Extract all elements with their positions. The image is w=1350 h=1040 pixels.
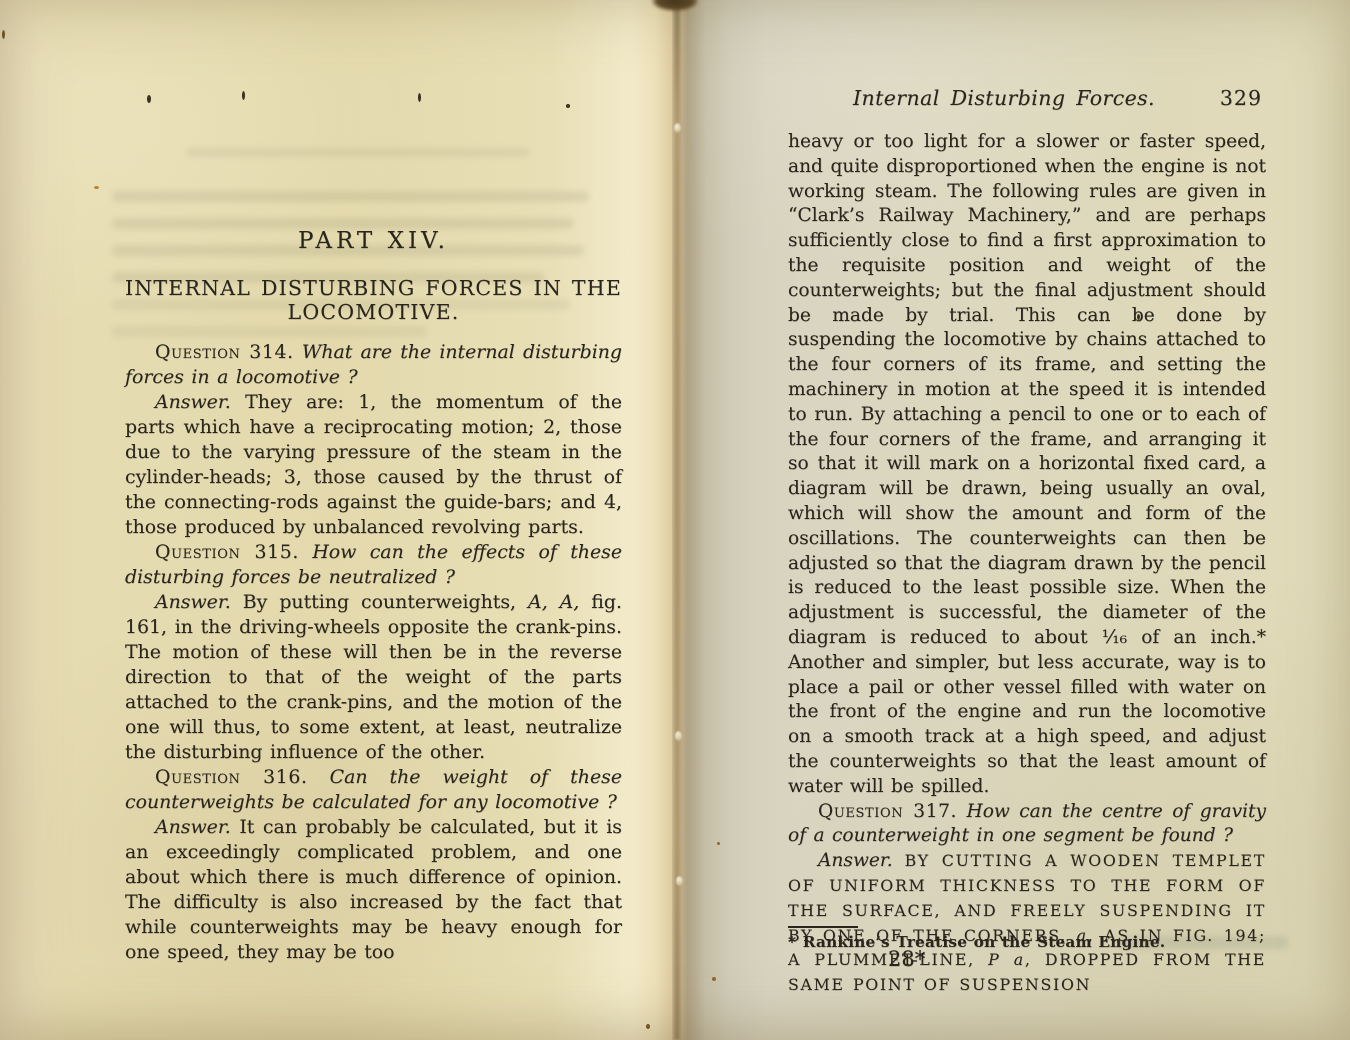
footnote-rule [788,926,858,928]
right-page-header: Internal Disturbing Forces. 329 [788,86,1266,114]
text-run: heavy or too light for a slower or faste… [788,131,1266,797]
left-page-content: PART XIV. INTERNAL DISTURBING FORCES IN … [125,228,622,965]
text-run: Answer. [155,816,231,838]
paragraph: Answer. BY CUTTING A WOODEN TEMPLET OF U… [788,849,1266,998]
signature-mark: 28* [888,947,925,971]
scan-speck [2,30,5,39]
footnote: * Rankine’s Treatise on the Steam Engine… [788,933,1266,951]
running-title: Internal Disturbing Forces. [788,86,1220,110]
scan-speck [712,977,716,981]
text-run: fig. 161, in the driving-wheels opposite… [125,591,622,763]
paragraph: Question 317. How can the centre of grav… [788,800,1266,850]
left-page-paragraphs: Question 314. What are the internal dist… [125,340,622,965]
page-number: 329 [1220,86,1262,110]
paragraph: Question 315. How can the effects of the… [125,540,622,590]
book-scan: PART XIV. INTERNAL DISTURBING FORCES IN … [0,0,1350,1040]
paragraph: heavy or too light for a slower or faste… [788,130,1266,800]
scan-speck [147,95,151,103]
paragraph: Question 314. What are the internal dist… [125,340,622,390]
right-page-paragraphs: heavy or too light for a slower or faste… [788,130,1266,998]
scan-speck [646,1024,650,1029]
scan-speck [717,842,720,845]
paragraph: Answer. They are: 1, the momentum of the… [125,390,622,540]
part-title: PART XIV. [125,228,622,254]
chapter-title-line2: LOCOMOTIVE. [125,300,622,324]
text-run: Answer. [155,391,231,413]
text-run: Question 316. [155,766,308,788]
text-run: Answer. [155,591,231,613]
scan-speck [418,93,421,102]
stitch-knot [674,123,681,133]
text-run: Question 317. [818,801,957,822]
stitch-knot [675,731,682,741]
paragraph: Question 316. Can the weight of these co… [125,765,622,815]
text-run: P a [988,950,1025,969]
text-run: By putting counterweights, [231,591,528,613]
text-run: A, A, [528,591,579,613]
text-run: They are: 1, the momentum of the parts w… [125,391,622,538]
text-run: It can probably be calculated, but it is… [125,816,622,963]
text-run: Answer. [818,850,893,871]
paragraph: Answer. By putting counterweights, A, A,… [125,590,622,765]
scan-speck [94,186,99,189]
paragraph: Answer. It can probably be calculated, b… [125,815,622,965]
stitch-knot [676,876,683,886]
scan-speck [242,91,245,100]
text-run: Question 314. [155,341,294,363]
scan-speck [566,104,570,108]
chapter-title-line1: INTERNAL DISTURBING FORCES IN THE [125,276,622,300]
text-run: Question 315. [155,541,299,563]
